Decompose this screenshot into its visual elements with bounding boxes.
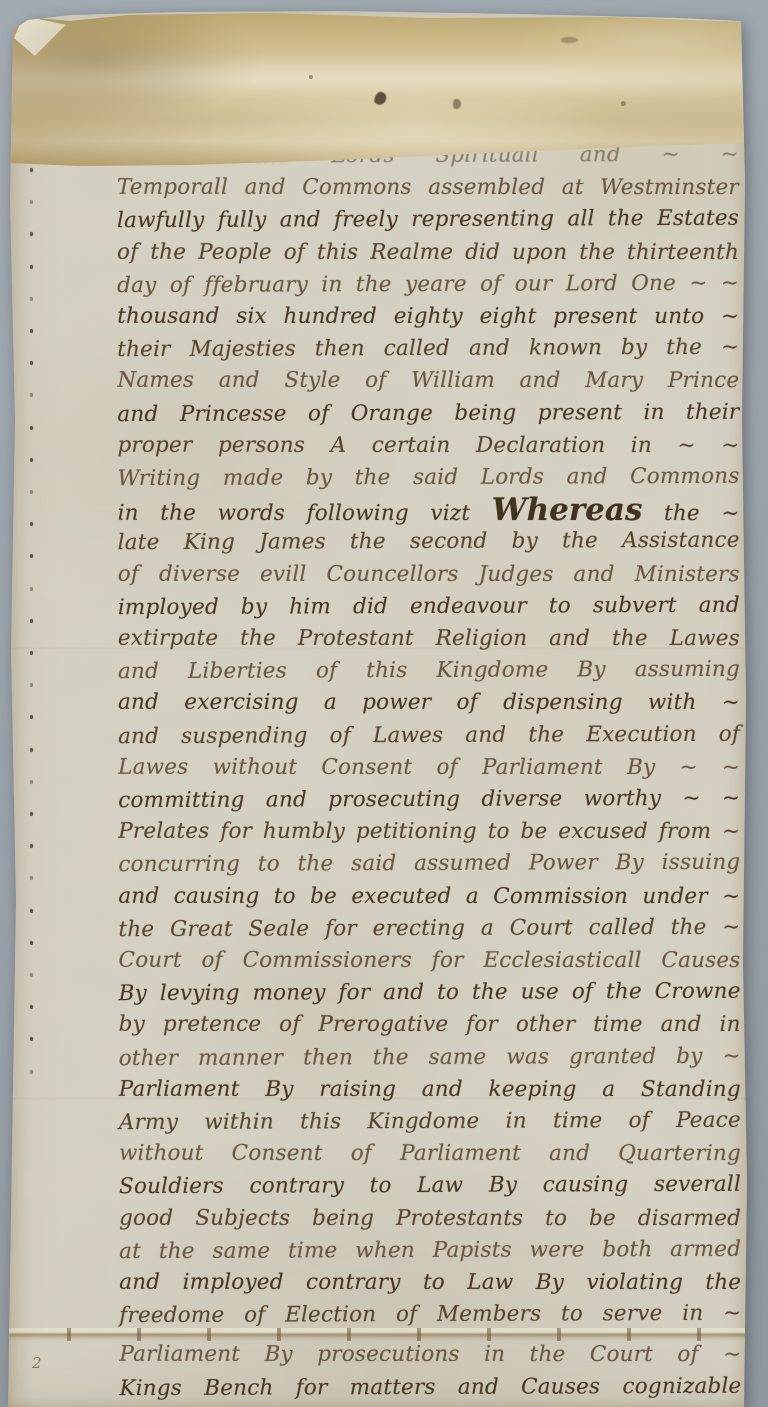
manuscript-line: and Liberties of this Kingdome By assumi… — [118, 654, 740, 689]
manuscript-line: Temporall and Commons assembled at Westm… — [117, 172, 739, 205]
manuscript-line: and causing to be executed a Commission … — [118, 880, 740, 913]
manuscript-line: lawfully fully and freely representing a… — [117, 203, 739, 238]
parchment-document: Whereas the Lords Spirituall and ~ ~Temp… — [0, 0, 768, 1407]
folio-mark: 2 — [32, 1354, 42, 1372]
manuscript-line: Court of Commissioners for Ecclesiastica… — [119, 945, 741, 978]
manuscript-line: imployed by him did endeavour to subvert… — [118, 590, 740, 625]
ink-speck — [309, 75, 313, 79]
manuscript-line: the Great Seale for erecting a Court cal… — [118, 912, 740, 947]
manuscript-line: Writing made by the said Lords and Commo… — [117, 461, 739, 496]
manuscript-line: Prelates for humbly petitioning to be ex… — [118, 816, 740, 849]
manuscript-line: late King James the second by the Assist… — [118, 525, 740, 560]
manuscript-line: proper persons A certain Declaration in … — [117, 430, 739, 463]
ink-speck — [621, 101, 626, 106]
ink-speck — [561, 37, 578, 43]
parchment-wrap: Whereas the Lords Spirituall and ~ ~Temp… — [0, 0, 768, 1407]
manuscript-line: of the People of this Realme did upon th… — [117, 236, 739, 269]
manuscript-line: by pretence of Prerogative for other tim… — [119, 1009, 741, 1042]
manuscript-line: thousand six hundred eighty eight presen… — [117, 301, 739, 334]
manuscript-line: of diverse evill Councellors Judges and … — [118, 558, 740, 591]
ink-speck — [373, 90, 388, 106]
manuscript-line: without Consent of Parliament and Quarte… — [119, 1138, 741, 1171]
photograph-background: Whereas the Lords Spirituall and ~ ~Temp… — [0, 0, 768, 1407]
manuscript-line: other manner then the same was granted b… — [119, 1040, 741, 1075]
manuscript-line: Souldiers contrary to Law By causing sev… — [119, 1169, 741, 1204]
manuscript-line: Army within this Kingdome in time of Pea… — [119, 1105, 741, 1140]
manuscript-line: and imployed contrary to Law By violatin… — [119, 1267, 741, 1300]
manuscript-line: in the words following vizt Whereas the … — [118, 494, 740, 527]
manuscript-line: and exercising a power of dispensing wit… — [118, 687, 740, 720]
manuscript-line: Kings Bench for matters and Causes cogni… — [119, 1371, 741, 1406]
manuscript-line: concurring to the said assumed Power By … — [118, 847, 740, 882]
manuscript-line: their Majesties then called and known by… — [117, 332, 739, 367]
folded-parchment-flap — [9, 13, 747, 166]
manuscript-line: good Subjects being Protestants to be di… — [119, 1202, 741, 1235]
ink-speck — [453, 99, 461, 109]
manuscript-line: Parliament By prosecutions in the Court … — [119, 1339, 741, 1372]
manuscript-line: and suspending of Lawes and the Executio… — [118, 718, 740, 753]
manuscript-line: By levying money for and to the use of t… — [119, 976, 741, 1011]
manuscript-line: and Princesse of Orange being present in… — [117, 396, 739, 431]
manuscript-line: day of ffebruary in the yeare of our Lor… — [117, 268, 739, 303]
manuscript-line: freedome of Election of Members to serve… — [119, 1298, 741, 1333]
manuscript-text: Whereas the Lords Spirituall and ~ ~Temp… — [0, 0, 768, 1407]
manuscript-line: at the same time when Papists were both … — [119, 1234, 741, 1269]
manuscript-line: Names and Style of William and Mary Prin… — [117, 365, 739, 398]
manuscript-line: committing and prosecuting diverse worth… — [118, 783, 740, 818]
manuscript-line: Lawes without Consent of Parliament By ~… — [118, 752, 740, 785]
manuscript-line: extirpate the Protestant Religion and th… — [118, 623, 740, 656]
manuscript-line: Parliament By raising and keeping a Stan… — [119, 1074, 741, 1107]
